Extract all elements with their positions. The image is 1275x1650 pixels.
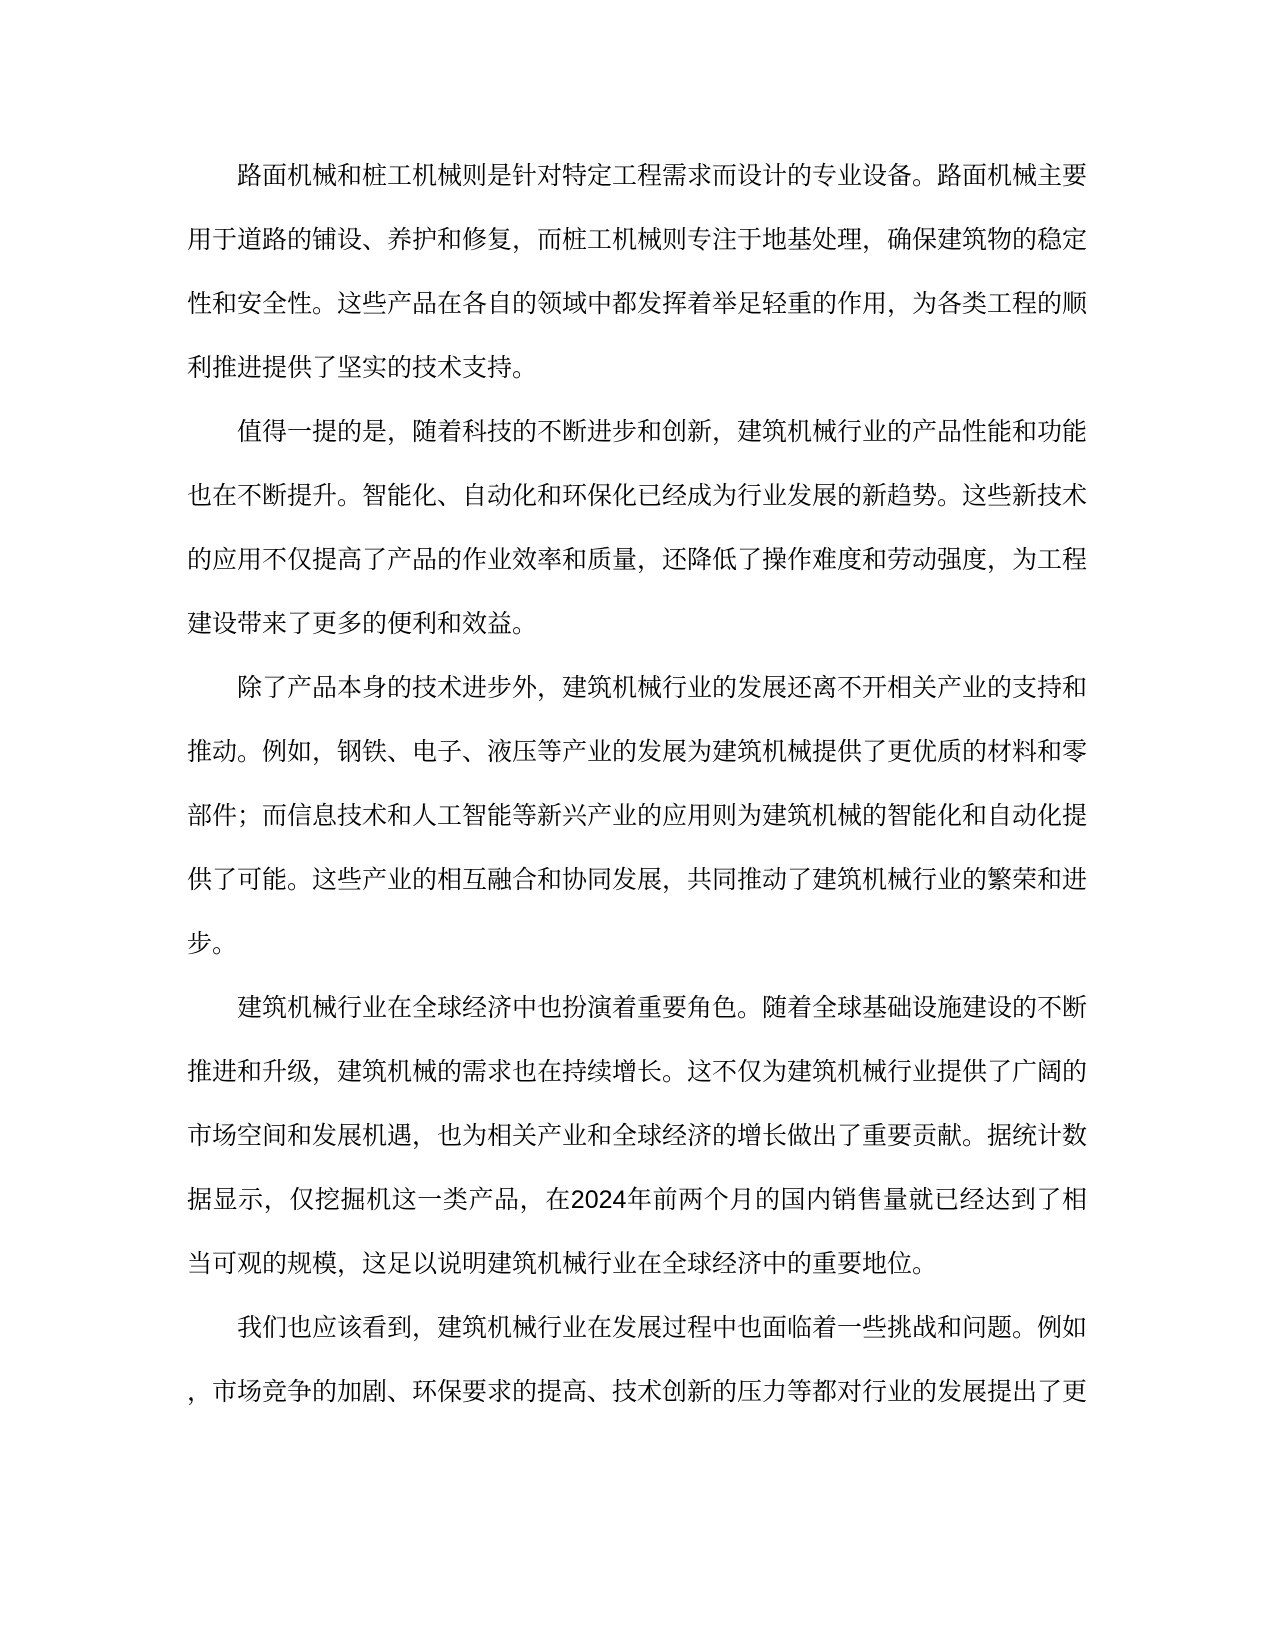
text-line: 供了可能。这些产业的相互融合和协同发展，共同推动了建筑机械行业的繁荣和进 — [187, 848, 1087, 912]
document-body: 路面机械和桩工机械则是针对特定工程需求而设计的专业设备。路面机械主要用于道路的铺… — [187, 144, 1087, 1424]
text-line: 用于道路的铺设、养护和修复，而桩工机械则专注于地基处理，确保建筑物的稳定 — [187, 208, 1087, 272]
text-line: 推动。例如，钢铁、电子、液压等产业的发展为建筑机械提供了更优质的材料和零 — [187, 720, 1087, 784]
paragraph: 建筑机械行业在全球经济中也扮演着重要角色。随着全球基础设施建设的不断推进和升级，… — [187, 976, 1087, 1296]
text-line: 也在不断提升。智能化、自动化和环保化已经成为行业发展的新趋势。这些新技术 — [187, 464, 1087, 528]
paragraph: 除了产品本身的技术进步外，建筑机械行业的发展还离不开相关产业的支持和推动。例如，… — [187, 656, 1087, 976]
paragraph: 我们也应该看到，建筑机械行业在发展过程中也面临着一些挑战和问题。例如，市场竞争的… — [187, 1296, 1087, 1424]
text-line: 我们也应该看到，建筑机械行业在发展过程中也面临着一些挑战和问题。例如 — [187, 1296, 1087, 1360]
text-line: 建设带来了更多的便利和效益。 — [187, 592, 1087, 656]
text-line: 部件；而信息技术和人工智能等新兴产业的应用则为建筑机械的智能化和自动化提 — [187, 784, 1087, 848]
text-line: 除了产品本身的技术进步外，建筑机械行业的发展还离不开相关产业的支持和 — [187, 656, 1087, 720]
text-line: 步。 — [187, 912, 1087, 976]
text-line: 路面机械和桩工机械则是针对特定工程需求而设计的专业设备。路面机械主要 — [187, 144, 1087, 208]
document-page: 路面机械和桩工机械则是针对特定工程需求而设计的专业设备。路面机械主要用于道路的铺… — [0, 0, 1275, 1650]
text-line: 市场空间和发展机遇，也为相关产业和全球经济的增长做出了重要贡献。据统计数 — [187, 1104, 1087, 1168]
text-line: 值得一提的是，随着科技的不断进步和创新，建筑机械行业的产品性能和功能 — [187, 400, 1087, 464]
text-line: ，市场竞争的加剧、环保要求的提高、技术创新的压力等都对行业的发展提出了更 — [187, 1360, 1087, 1424]
text-line: 建筑机械行业在全球经济中也扮演着重要角色。随着全球基础设施建设的不断 — [187, 976, 1087, 1040]
text-line: 性和安全性。这些产品在各自的领域中都发挥着举足轻重的作用，为各类工程的顺 — [187, 272, 1087, 336]
paragraph: 路面机械和桩工机械则是针对特定工程需求而设计的专业设备。路面机械主要用于道路的铺… — [187, 144, 1087, 400]
text-line: 当可观的规模，这足以说明建筑机械行业在全球经济中的重要地位。 — [187, 1232, 1087, 1296]
text-line: 利推进提供了坚实的技术支持。 — [187, 336, 1087, 400]
paragraph: 值得一提的是，随着科技的不断进步和创新，建筑机械行业的产品性能和功能也在不断提升… — [187, 400, 1087, 656]
text-line: 推进和升级，建筑机械的需求也在持续增长。这不仅为建筑机械行业提供了广阔的 — [187, 1040, 1087, 1104]
text-line: 据显示，仅挖掘机这一类产品，在2024年前两个月的国内销售量就已经达到了相 — [187, 1168, 1087, 1232]
text-line: 的应用不仅提高了产品的作业效率和质量，还降低了操作难度和劳动强度，为工程 — [187, 528, 1087, 592]
